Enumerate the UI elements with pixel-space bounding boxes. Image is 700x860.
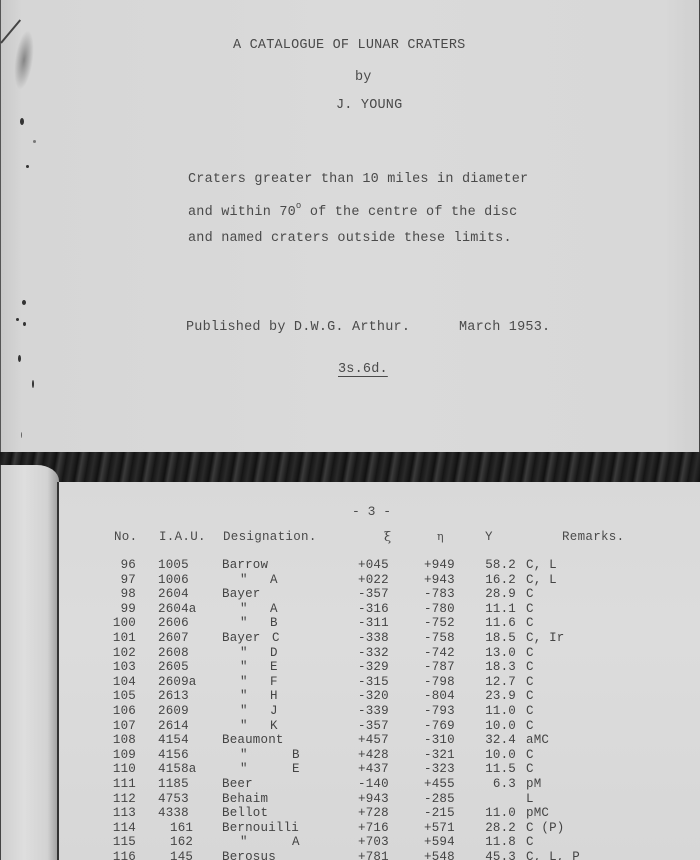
table-row: 982604Bayer-357-78328.9C (0, 587, 700, 602)
remarks: C, Ir (526, 631, 565, 646)
xi-coordinate: +437 (358, 762, 389, 777)
page-number: - 3 - (352, 504, 391, 519)
iau-number: 4753 (158, 792, 189, 807)
table-row: 116145Berosus+781+54845.3C, L, P (0, 850, 700, 860)
table-row: 1111185Beer-140+4556.3pM (0, 777, 700, 792)
table-row: 1032605"E-329-78718.3C (0, 660, 700, 675)
table-row: 114161Bernouilli+716+57128.2C (P) (0, 821, 700, 836)
xi-coordinate: +781 (358, 850, 389, 860)
table-row: 115162"A+703+59411.8C (0, 835, 700, 850)
table-row: 971006"A+022+94316.2C, L (0, 573, 700, 588)
crater-number: 101 (113, 631, 136, 646)
column-header-iau: I.A.U. (159, 530, 206, 544)
eta-coordinate: -323 (424, 762, 455, 777)
table-row: 1124753Behaim+943-285L (0, 792, 700, 807)
remarks: C (526, 835, 534, 850)
remarks: C (526, 719, 534, 734)
table-row: 1134338Bellot+728-21511.0pMC (0, 806, 700, 821)
eta-coordinate: -769 (424, 719, 455, 734)
crater-name: Bernouilli (222, 821, 299, 836)
crater-suffix: K (270, 719, 278, 734)
diameter: 11.8 (478, 835, 516, 850)
crater-suffix: E (270, 660, 278, 675)
xi-coordinate: -332 (358, 646, 389, 661)
eta-coordinate: -310 (424, 733, 455, 748)
speck (16, 318, 19, 321)
column-header-remarks: Remarks. (562, 530, 624, 544)
eta-coordinate: +548 (424, 850, 455, 860)
iau-number: 4158a (158, 762, 197, 777)
diameter: 18.3 (478, 660, 516, 675)
remarks: C (526, 646, 534, 661)
iau-number: 2606 (158, 616, 189, 631)
xi-coordinate: +728 (358, 806, 389, 821)
iau-number: 2604a (158, 602, 197, 617)
diameter: 58.2 (478, 558, 516, 573)
crater-number: 103 (113, 660, 136, 675)
crater-name: Bellot (222, 806, 268, 821)
crater-name: Beaumont (222, 733, 284, 748)
crater-number: 113 (113, 806, 136, 821)
table-row: 1052613"H-320-80423.9C (0, 689, 700, 704)
remarks: C (526, 660, 534, 675)
eta-coordinate: +571 (424, 821, 455, 836)
diameter: 28.2 (478, 821, 516, 836)
remarks: C (526, 616, 534, 631)
iau-number: 161 (170, 821, 193, 836)
degree-symbol: o (296, 201, 302, 211)
speck (22, 300, 26, 305)
remarks: C, L, P (526, 850, 580, 860)
crater-number: 108 (113, 733, 136, 748)
crater-suffix: H (270, 689, 278, 704)
xi-coordinate: -339 (358, 704, 389, 719)
crater-suffix: C (272, 631, 280, 646)
crater-number: 100 (113, 616, 136, 631)
xi-coordinate: -320 (358, 689, 389, 704)
iau-number: 2607 (158, 631, 189, 646)
crater-number: 114 (113, 821, 136, 836)
remarks: C, L (526, 573, 557, 588)
description-line-2: and within 70o of the centre of the disc (188, 201, 517, 220)
ditto-mark: " (240, 646, 248, 661)
xi-coordinate: -316 (358, 602, 389, 617)
crater-number: 109 (113, 748, 136, 763)
diameter: 11.6 (478, 616, 516, 631)
description-line-2a: and within 70 (188, 205, 296, 220)
smudge-mark (11, 29, 37, 91)
publication-date: March 1953. (459, 320, 550, 335)
iau-number: 1185 (158, 777, 189, 792)
iau-number: 1005 (158, 558, 189, 573)
ditto-mark: " (240, 689, 248, 704)
eta-coordinate: -285 (424, 792, 455, 807)
ditto-mark: " (240, 748, 248, 763)
diameter: 16.2 (478, 573, 516, 588)
crater-suffix: D (270, 646, 278, 661)
crater-number: 111 (113, 777, 136, 792)
table-row: 1094156"B+428-32110.0C (0, 748, 700, 763)
remarks: aMC (526, 733, 549, 748)
crater-table: 961005Barrow+045+94958.2C, L971006"A+022… (0, 558, 700, 860)
remarks: C (526, 704, 534, 719)
crater-number: 106 (113, 704, 136, 719)
remarks: C (526, 587, 534, 602)
crater-number: 96 (121, 558, 136, 573)
table-row: 1062609"J-339-79311.0C (0, 704, 700, 719)
iau-number: 145 (170, 850, 193, 860)
table-row: 961005Barrow+045+94958.2C, L (0, 558, 700, 573)
diameter: 13.0 (478, 646, 516, 661)
crater-name: Beer (222, 777, 253, 792)
xi-coordinate: +457 (358, 733, 389, 748)
crater-number: 112 (113, 792, 136, 807)
iau-number: 2613 (158, 689, 189, 704)
diameter: 12.7 (478, 675, 516, 690)
diameter: 11.5 (478, 762, 516, 777)
description-line-2b: of the centre of the disc (310, 205, 518, 220)
crater-name: Barrow (222, 558, 268, 573)
table-row: 1002606"B-311-75211.6C (0, 616, 700, 631)
iau-number: 2605 (158, 660, 189, 675)
column-header-no: No. (114, 530, 137, 544)
speck (32, 380, 34, 388)
eta-coordinate: -742 (424, 646, 455, 661)
remarks: C, L (526, 558, 557, 573)
diameter: 45.3 (478, 850, 516, 860)
eta-coordinate: -787 (424, 660, 455, 675)
xi-coordinate: -315 (358, 675, 389, 690)
ditto-mark: " (240, 573, 248, 588)
xi-coordinate: +943 (358, 792, 389, 807)
eta-coordinate: +949 (424, 558, 455, 573)
crater-number: 97 (121, 573, 136, 588)
ditto-mark: " (240, 616, 248, 631)
crater-suffix: A (270, 602, 278, 617)
table-row: 1072614"K-357-76910.0C (0, 719, 700, 734)
title-page: A CATALOGUE OF LUNAR CRATERS by J. YOUNG… (0, 0, 700, 452)
speck (20, 118, 24, 125)
crater-suffix: E (292, 762, 300, 777)
iau-number: 2608 (158, 646, 189, 661)
eta-coordinate: -752 (424, 616, 455, 631)
crater-suffix: B (292, 748, 300, 763)
description-line-3: and named craters outside these limits. (188, 231, 512, 246)
diameter: 11.0 (478, 806, 516, 821)
iau-number: 2609 (158, 704, 189, 719)
remarks: L (526, 792, 534, 807)
ditto-mark: " (240, 602, 248, 617)
crater-suffix: A (292, 835, 300, 850)
crater-number: 116 (113, 850, 136, 860)
table-row: 1042609a"F-315-79812.7C (0, 675, 700, 690)
column-header-xi: ξ (384, 530, 391, 545)
remarks: pMC (526, 806, 549, 821)
speck (33, 140, 36, 143)
iau-number: 2614 (158, 719, 189, 734)
crater-name: Berosus (222, 850, 276, 860)
diameter: 32.4 (478, 733, 516, 748)
remarks: C (P) (526, 821, 565, 836)
publisher-line: Published by D.W.G. Arthur. (186, 320, 410, 335)
diameter: 11.0 (478, 704, 516, 719)
diameter: 28.9 (478, 587, 516, 602)
crater-number: 107 (113, 719, 136, 734)
table-row: 1084154Beaumont+457-31032.4aMC (0, 733, 700, 748)
speck (23, 322, 26, 326)
eta-coordinate: +455 (424, 777, 455, 792)
ditto-mark: " (240, 719, 248, 734)
eta-coordinate: -783 (424, 587, 455, 602)
xi-coordinate: -311 (358, 616, 389, 631)
crater-number: 102 (113, 646, 136, 661)
author-name: J. YOUNG (336, 98, 402, 113)
eta-coordinate: +594 (424, 835, 455, 850)
eta-coordinate: -793 (424, 704, 455, 719)
xi-coordinate: -140 (358, 777, 389, 792)
eta-coordinate: -804 (424, 689, 455, 704)
remarks: pM (526, 777, 541, 792)
xi-coordinate: +045 (358, 558, 389, 573)
crater-number: 98 (121, 587, 136, 602)
iau-number: 2604 (158, 587, 189, 602)
eta-coordinate: +943 (424, 573, 455, 588)
crater-number: 110 (113, 762, 136, 777)
crater-name: Behaim (222, 792, 268, 807)
xi-coordinate: -357 (358, 719, 389, 734)
ditto-mark: " (240, 835, 248, 850)
ditto-mark: " (240, 704, 248, 719)
remarks: C (526, 748, 534, 763)
table-row: 1012607BayerC-338-75818.5C, Ir (0, 631, 700, 646)
diameter: 10.0 (478, 748, 516, 763)
crater-suffix: F (270, 675, 278, 690)
table-row: 1104158a"E+437-32311.5C (0, 762, 700, 777)
crater-number: 115 (113, 835, 136, 850)
by-line: by (355, 70, 372, 85)
crater-suffix: A (270, 573, 278, 588)
price: 3s.6d. (338, 362, 388, 377)
description-line-1: Craters greater than 10 miles in diamete… (188, 172, 528, 187)
table-row: 1022608"D-332-74213.0C (0, 646, 700, 661)
remarks: C (526, 762, 534, 777)
crater-suffix: J (270, 704, 278, 719)
ditto-mark: " (240, 675, 248, 690)
eta-coordinate: -758 (424, 631, 455, 646)
column-header-eta: η (437, 530, 444, 543)
crater-name: Bayer (222, 631, 261, 646)
diameter: 23.9 (478, 689, 516, 704)
eta-coordinate: -798 (424, 675, 455, 690)
column-header-y: Y (485, 530, 493, 544)
diameter: 18.5 (478, 631, 516, 646)
remarks: C (526, 675, 534, 690)
speck (26, 165, 29, 168)
crater-number: 99 (121, 602, 136, 617)
ditto-mark: " (240, 660, 248, 675)
diameter: 10.0 (478, 719, 516, 734)
iau-number: 1006 (158, 573, 189, 588)
crater-number: 104 (113, 675, 136, 690)
xi-coordinate: -329 (358, 660, 389, 675)
remarks: C (526, 602, 534, 617)
speck (18, 355, 21, 362)
iau-number: 4338 (158, 806, 189, 821)
diameter: 6.3 (478, 777, 516, 792)
eta-coordinate: -215 (424, 806, 455, 821)
crater-suffix: B (270, 616, 278, 631)
crater-name: Bayer (222, 587, 261, 602)
crater-number: 105 (113, 689, 136, 704)
iau-number: 4156 (158, 748, 189, 763)
diameter: 11.1 (478, 602, 516, 617)
iau-number: 4154 (158, 733, 189, 748)
iau-number: 162 (170, 835, 193, 850)
xi-coordinate: -338 (358, 631, 389, 646)
iau-number: 2609a (158, 675, 197, 690)
xi-coordinate: +716 (358, 821, 389, 836)
speck (21, 432, 22, 438)
xi-coordinate: -357 (358, 587, 389, 602)
catalogue-title: A CATALOGUE OF LUNAR CRATERS (233, 38, 465, 53)
column-header-designation: Designation. (223, 530, 317, 544)
remarks: C (526, 689, 534, 704)
xi-coordinate: +022 (358, 573, 389, 588)
eta-coordinate: -321 (424, 748, 455, 763)
xi-coordinate: +428 (358, 748, 389, 763)
xi-coordinate: +703 (358, 835, 389, 850)
background-band (0, 452, 700, 482)
eta-coordinate: -780 (424, 602, 455, 617)
table-row: 992604a"A-316-78011.1C (0, 602, 700, 617)
ditto-mark: " (240, 762, 248, 777)
